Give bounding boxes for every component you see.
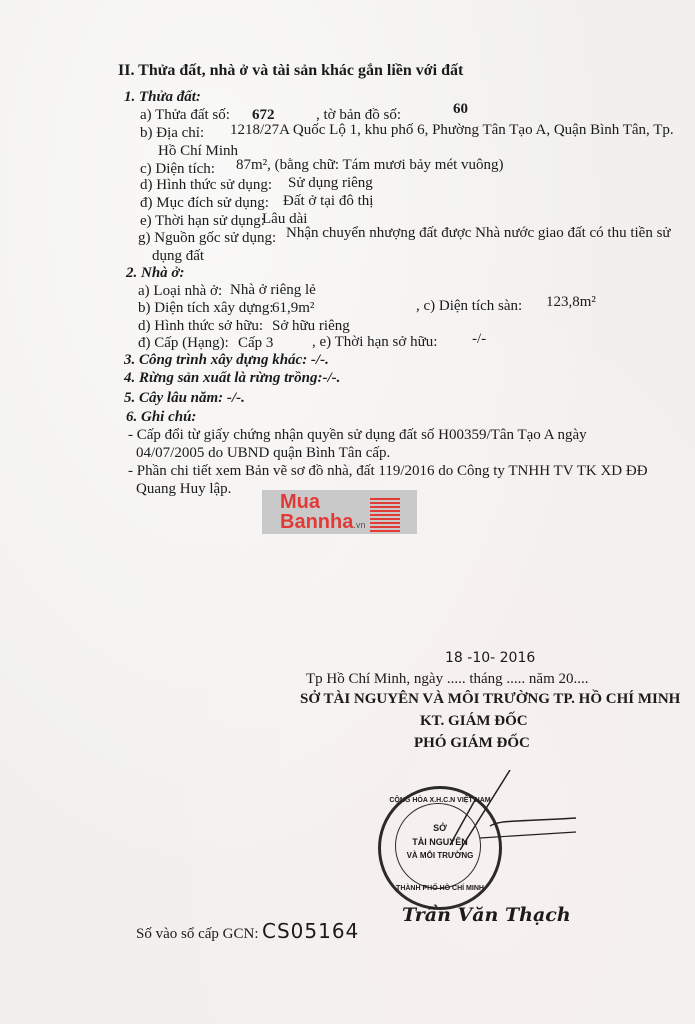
role-deputy-for-director: KT. GIÁM ĐỐC xyxy=(420,712,528,730)
grade-label: đ) Cấp (Hạng): xyxy=(138,334,229,352)
perennial-trees: 5. Cây lâu năm: -/-. xyxy=(124,389,245,407)
ownership-term-value: -/- xyxy=(472,330,486,348)
agency-name: SỞ TÀI NGUYÊN VÀ MÔI TRƯỜNG TP. HỒ CHÍ M… xyxy=(300,690,680,708)
note2-line1: - Phần chi tiết xem Bản vẽ sơ đồ nhà, đấ… xyxy=(128,462,648,480)
address-value-line1: 1218/27A Quốc Lộ 1, khu phố 6, Phường Tâ… xyxy=(230,121,674,139)
ownership-form-label: d) Hình thức sở hữu: xyxy=(138,317,263,335)
map-sheet-value: 60 xyxy=(453,100,468,118)
usage-purpose-label: đ) Mục đích sử dụng: xyxy=(140,194,269,212)
note2-line2: Quang Huy lập. xyxy=(136,480,231,498)
origin-value-line2: dụng đất xyxy=(152,247,204,265)
registry-label: Số vào sổ cấp GCN: xyxy=(136,925,259,943)
section-title: II. Thửa đất, nhà ở và tài sản khác gắn … xyxy=(118,62,463,80)
planted-forest: 4. Rừng sản xuất là rừng trồng:-/-. xyxy=(124,369,340,387)
building-area-value: 61,9m² xyxy=(272,299,314,317)
other-works: 3. Công trình xây dựng khác: -/-. xyxy=(124,351,329,369)
usage-purpose-value: Đất ở tại đô thị xyxy=(283,192,373,210)
note1-line1: - Cấp đổi từ giấy chứng nhận quyền sử dụ… xyxy=(128,426,587,444)
house-type-value: Nhà ở riêng lẻ xyxy=(230,281,316,299)
note1-line2: 04/07/2005 do UBND quận Bình Tân cấp. xyxy=(136,444,390,462)
stamped-date: 18 -10- 2016 xyxy=(445,650,535,666)
seal-bottom-text: THÀNH PHỐ HỒ CHÍ MINH xyxy=(381,885,499,892)
building-icon xyxy=(370,496,400,532)
watermark-line1: Mua xyxy=(280,492,320,512)
usage-term-label: e) Thời hạn sử dụng: xyxy=(140,212,265,230)
land-heading: 1. Thửa đất: xyxy=(124,88,201,106)
grade-value: Cấp 3 xyxy=(238,334,273,352)
origin-value-line1: Nhận chuyển nhượng đất được Nhà nước gia… xyxy=(286,224,671,242)
signature-strokes xyxy=(400,770,580,860)
certificate-page: II. Thửa đất, nhà ở và tài sản khác gắn … xyxy=(0,0,695,1024)
land-parcel-label: a) Thửa đất số: xyxy=(140,106,230,124)
house-type-label: a) Loại nhà ở: xyxy=(138,282,222,300)
house-heading: 2. Nhà ở: xyxy=(126,264,184,282)
watermark-logo: Mua Bannha.vn xyxy=(262,490,417,534)
watermark-suffix: .vn xyxy=(353,520,365,530)
notes-heading: 6. Ghi chú: xyxy=(126,408,196,426)
ownership-term-label: , e) Thời hạn sở hữu: xyxy=(312,333,437,351)
place-date-line: Tp Hồ Chí Minh, ngày ..... tháng ..... n… xyxy=(306,670,588,688)
address-value-line2: Hồ Chí Minh xyxy=(158,142,238,160)
usage-form-value: Sử dụng riêng xyxy=(288,174,373,192)
signer-name: Trần Văn Thạch xyxy=(402,904,571,926)
registry-number: CS05164 xyxy=(262,919,359,943)
origin-label: g) Nguồn gốc sử dụng: xyxy=(138,229,276,247)
role-deputy-director: PHÓ GIÁM ĐỐC xyxy=(414,734,530,752)
address-label: b) Địa chỉ: xyxy=(140,124,204,142)
building-area-label: b) Diện tích xây dựng: xyxy=(138,299,274,317)
watermark-line2: Bannha.vn xyxy=(280,512,365,535)
usage-form-label: d) Hình thức sử dụng: xyxy=(140,176,272,194)
watermark-brand: Bannha xyxy=(280,511,353,533)
floor-area-value: 123,8m² xyxy=(546,293,596,311)
area-value: 87m², (bằng chữ: Tám mươi bảy mét vuông) xyxy=(236,156,504,174)
floor-area-label: , c) Diện tích sàn: xyxy=(416,297,522,315)
